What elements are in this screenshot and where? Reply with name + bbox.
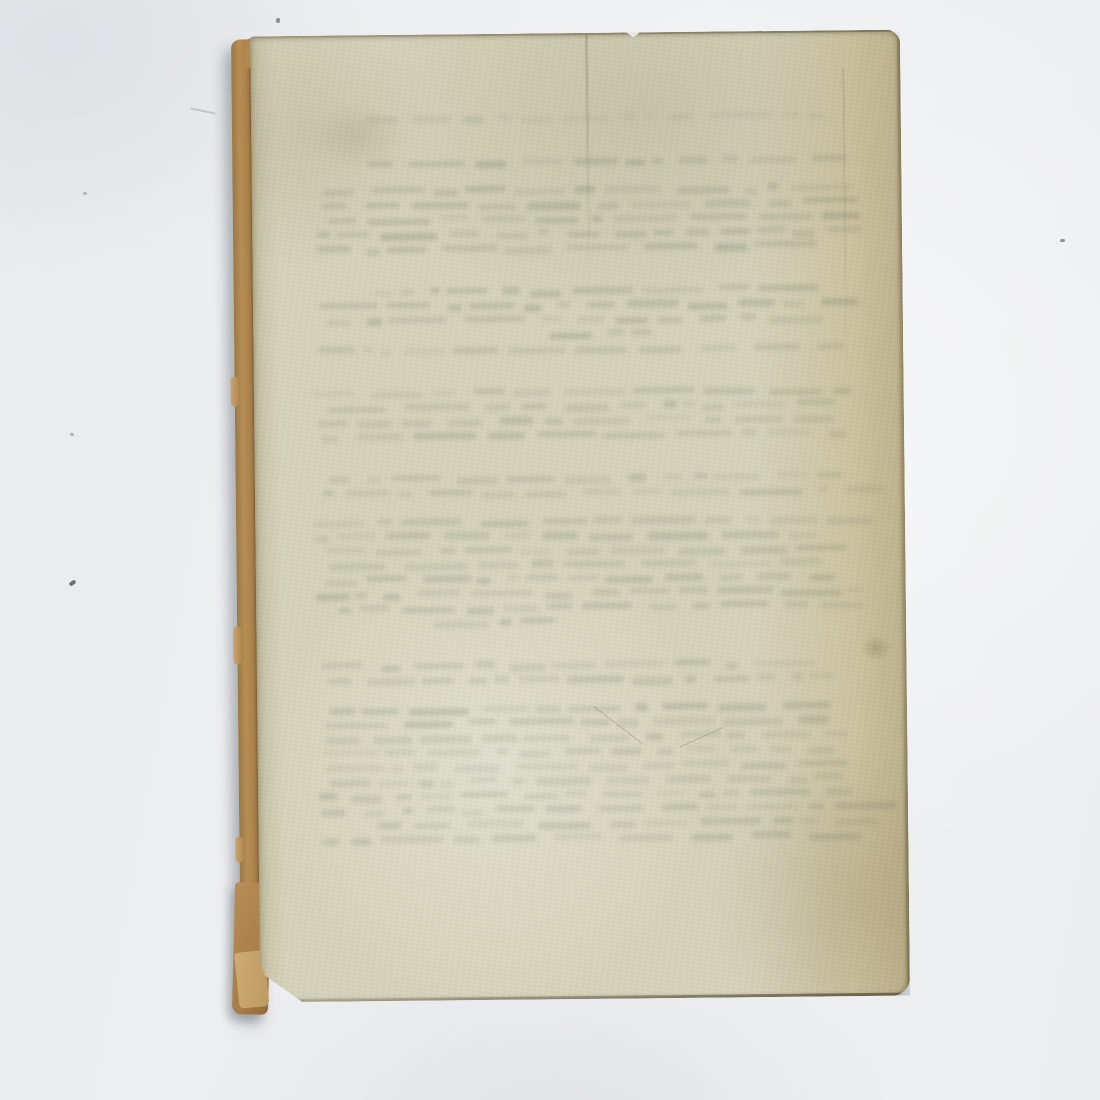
dust-speck bbox=[68, 579, 76, 586]
dust-speck bbox=[190, 107, 216, 114]
dust-speck bbox=[70, 432, 75, 436]
dust-speck bbox=[83, 192, 87, 195]
dust-speck bbox=[1060, 239, 1065, 242]
scene-title: Aged blank booklet (rear cover) lying on… bbox=[0, 0, 1, 1]
spine-bump bbox=[231, 377, 239, 407]
paper-grain-texture bbox=[250, 30, 910, 1003]
photo-scene: Aged blank booklet (rear cover) lying on… bbox=[0, 0, 1100, 1100]
booklet-back-cover bbox=[250, 30, 910, 1003]
dust-speck bbox=[276, 18, 281, 24]
booklet bbox=[250, 30, 910, 1003]
spine-bump bbox=[233, 627, 241, 665]
spine-bump bbox=[235, 837, 243, 863]
